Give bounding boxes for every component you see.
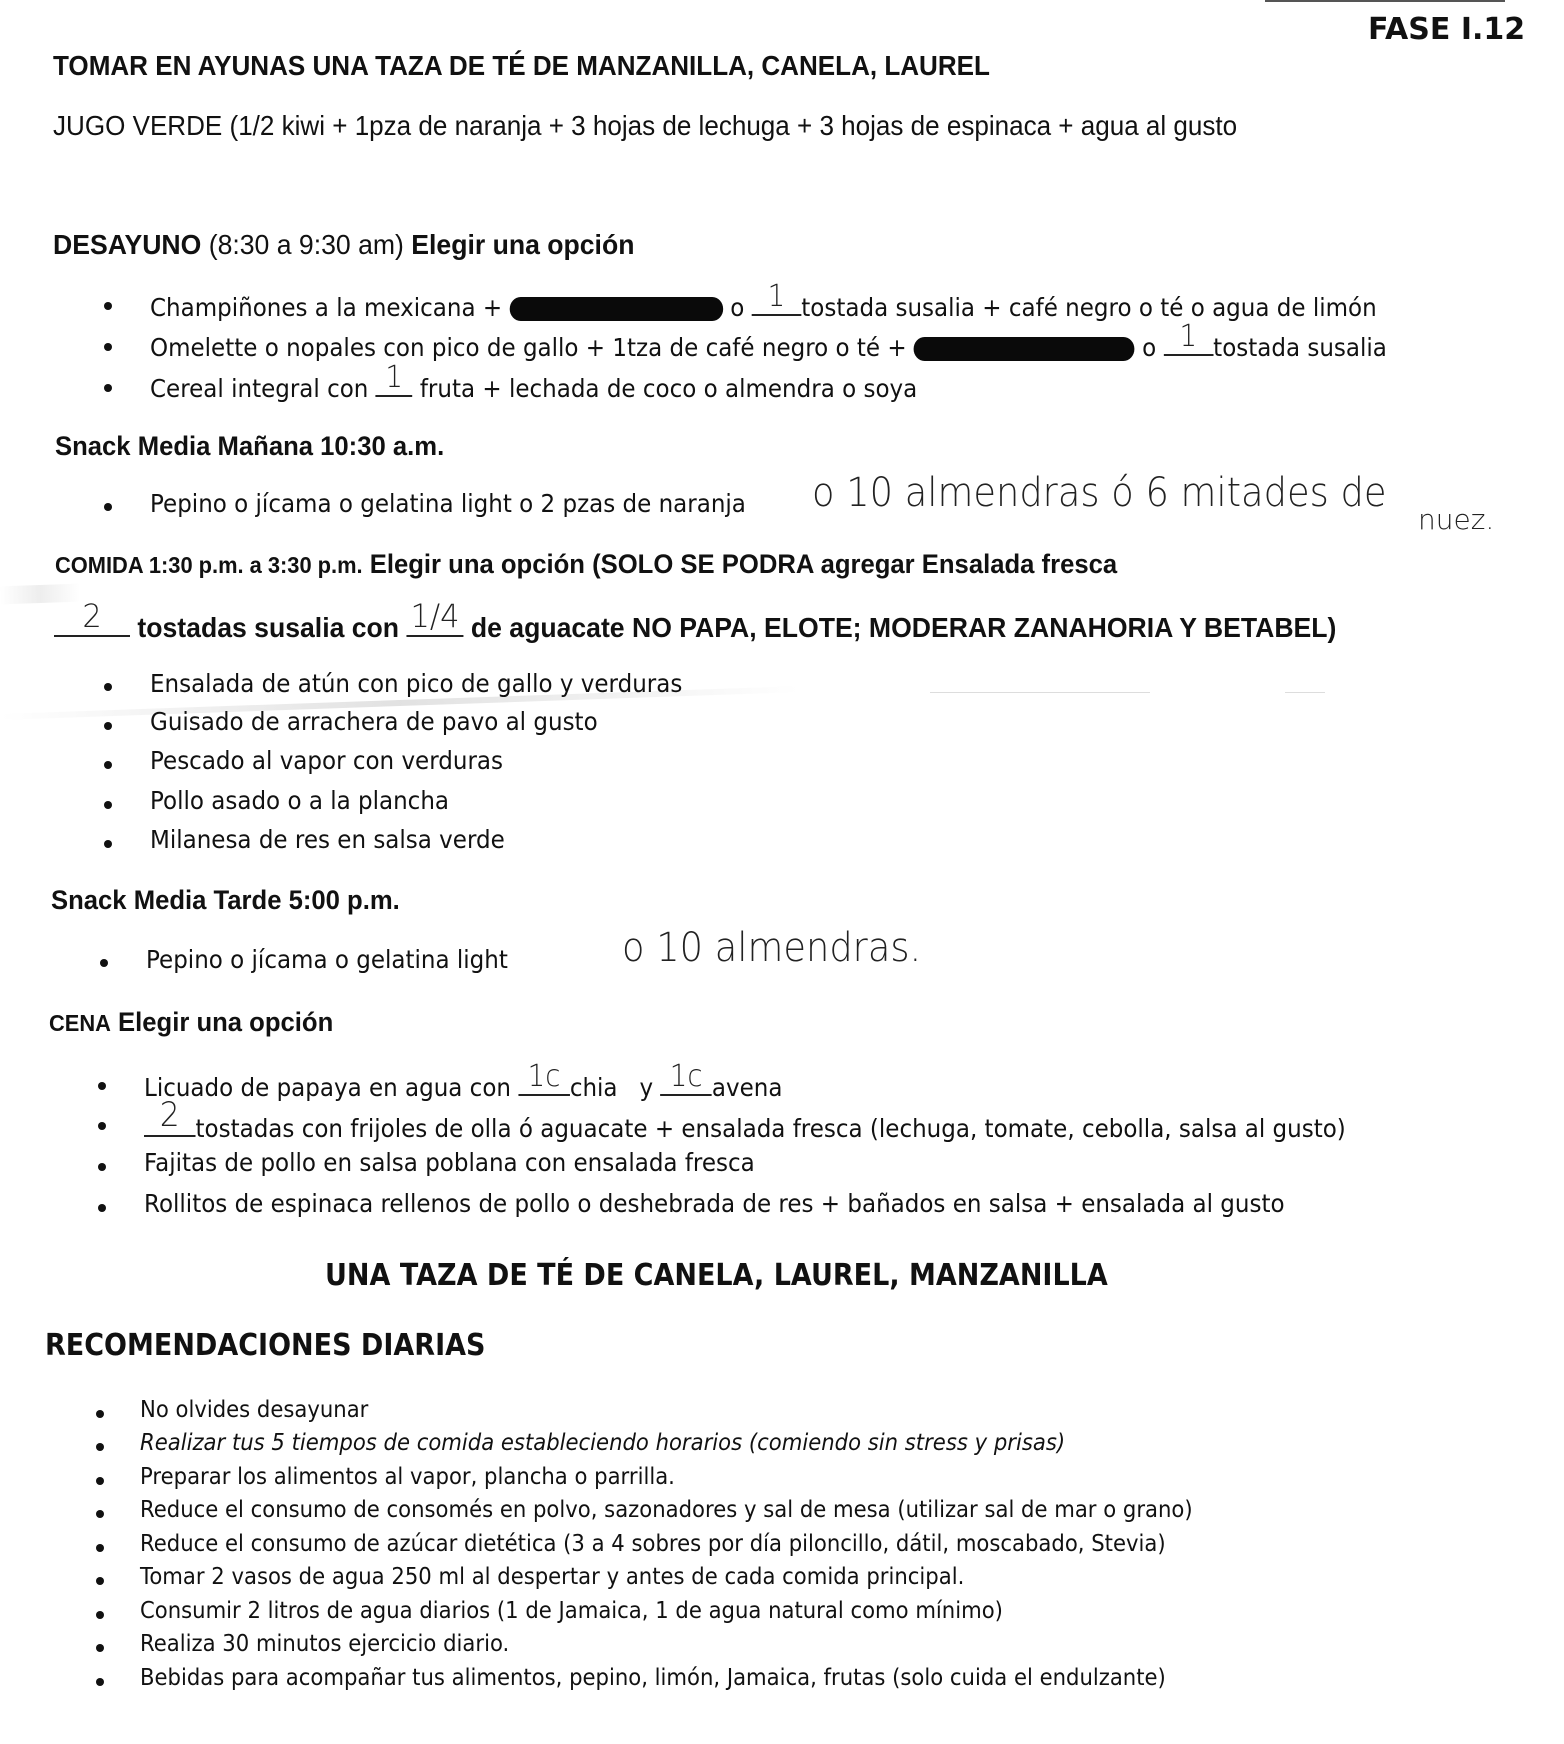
option-text: tostada susalia + café negro o té o agua…: [801, 293, 1376, 322]
option-text: Licuado de papaya en agua con: [144, 1073, 511, 1102]
option-text: avena: [712, 1073, 783, 1102]
option-text: tostadas con frijoles de olla ó aguacate…: [196, 1114, 1346, 1143]
recommendation-item: Tomar 2 vasos de agua 250 ml al desperta…: [140, 1564, 964, 1590]
snack-manana-heading: Snack Media Mañana 10:30 a.m.: [55, 431, 444, 462]
cena-option-3: Fajitas de pollo en salsa poblana con en…: [144, 1148, 755, 1177]
bullet: [98, 1163, 106, 1171]
cena-option-1: Licuado de papaya en agua con 1cchia y 1…: [144, 1068, 782, 1102]
option-text: o: [1142, 333, 1156, 362]
bullet: [104, 503, 112, 511]
recommendation-item: Reduce el consumo de consomés en polvo, …: [140, 1497, 1193, 1523]
handwritten-blank: 1: [1163, 328, 1213, 356]
comida-option-4: Pollo asado o a la plancha: [150, 786, 449, 815]
comida-text: tostadas susalia con: [137, 612, 399, 643]
cena-instruction: Elegir una opción: [118, 1007, 333, 1037]
option-text: Champiñones a la mexicana +: [150, 293, 502, 322]
recommendation-item: Reduce el consumo de azúcar dietética (3…: [140, 1531, 1166, 1557]
cena-option-2: 2tostadas con frijoles de olla ó aguacat…: [144, 1107, 1346, 1143]
bullet: [96, 1678, 104, 1686]
handwritten-blank: 2: [54, 605, 130, 637]
recommendation-item: Preparar los alimentos al vapor, plancha…: [140, 1464, 675, 1490]
handwritten-blank: 1: [376, 369, 413, 397]
desayuno-time: (8:30 a 9:30 am): [209, 229, 404, 260]
comida-option-1: Ensalada de atún con pico de gallo y ver…: [150, 669, 682, 698]
redacted-block: [914, 337, 1135, 361]
green-juice-instruction: JUGO VERDE (1/2 kiwi + 1pza de naranja +…: [53, 110, 1237, 142]
bullet: [98, 1082, 106, 1090]
bullet: [96, 1611, 104, 1619]
handwritten-note-snack-manana: o 10 almendras ó 6 mitades de: [812, 470, 1386, 516]
bullet: [98, 1204, 106, 1212]
bullet: [98, 1122, 106, 1130]
evening-tea-instruction: UNA TAZA DE TÉ DE CANELA, LAUREL, MANZAN…: [325, 1258, 1108, 1293]
bullet: [96, 1644, 104, 1652]
option-text: y: [639, 1073, 653, 1102]
bullet: [104, 343, 112, 351]
fasting-tea-instruction: TOMAR EN AYUNAS UNA TAZA DE TÉ DE MANZAN…: [53, 50, 990, 82]
snack-tarde-heading: Snack Media Tarde 5:00 p.m.: [51, 885, 400, 916]
option-text: Omelette o nopales con pico de gallo + 1…: [150, 333, 907, 362]
bullet: [104, 761, 112, 769]
bullet: [96, 1477, 104, 1485]
scan-artifact-line: [1285, 692, 1325, 693]
bullet: [96, 1510, 104, 1518]
comida-option-5: Milanesa de res en salsa verde: [150, 825, 505, 854]
bullet: [104, 722, 112, 730]
snack-tarde-option: Pepino o jícama o gelatina light: [146, 945, 508, 974]
desayuno-instruction: Elegir una opción: [411, 229, 634, 260]
comida-tostadas-line: 2 tostadas susalia con 1/4 de aguacate N…: [54, 605, 1336, 644]
scan-artifact-line: [930, 692, 1150, 693]
handwritten-blank: 1c: [518, 1068, 570, 1096]
desayuno-option-3: Cereal integral con 1 fruta + lechada de…: [150, 369, 917, 403]
cena-heading: CENA Elegir una opción: [49, 1007, 333, 1038]
bullet: [96, 1443, 104, 1451]
option-text: tostada susalia: [1213, 333, 1387, 362]
handwritten-blank: 2: [144, 1107, 196, 1137]
recommendation-item: Realizar tus 5 tiempos de comida estable…: [140, 1430, 1065, 1456]
handwritten-note-snack-tarde: o 10 almendras.: [622, 925, 921, 971]
desayuno-title: DESAYUNO: [53, 229, 201, 260]
bullet: [100, 959, 108, 967]
snack-manana-option: Pepino o jícama o gelatina light o 2 pza…: [150, 489, 746, 518]
comida-option-2: Guisado de arrachera de pavo al gusto: [150, 707, 598, 736]
bullet: [96, 1410, 104, 1418]
recommendation-item: No olvides desayunar: [140, 1397, 368, 1423]
bullet: [104, 683, 112, 691]
comida-title: COMIDA 1:30 p.m. a 3:30 p.m.: [55, 552, 363, 578]
option-text: chia: [570, 1073, 618, 1102]
desayuno-heading: DESAYUNO (8:30 a 9:30 am) Elegir una opc…: [53, 229, 634, 261]
handwritten-note-snack-manana-line2: nuez.: [1418, 503, 1494, 536]
bullet: [104, 302, 112, 310]
cena-title: CENA: [49, 1010, 111, 1036]
option-text: fruta + lechada de coco o almendra o soy…: [420, 374, 917, 403]
desayuno-option-1: Champiñones a la mexicana + o 1tostada s…: [150, 288, 1377, 322]
option-text: Cereal integral con: [150, 374, 368, 403]
recommendation-item: Bebidas para acompañar tus alimentos, pe…: [140, 1665, 1166, 1691]
redacted-block: [509, 297, 722, 321]
comida-option-3: Pescado al vapor con verduras: [150, 746, 503, 775]
comida-heading: COMIDA 1:30 p.m. a 3:30 p.m. Elegir una …: [55, 549, 1117, 580]
handwritten-blank: 1c: [660, 1068, 712, 1096]
recomendaciones-heading: RECOMENDACIONES DIARIAS: [45, 1328, 485, 1363]
cena-option-4: Rollitos de espinaca rellenos de pollo o…: [144, 1189, 1285, 1218]
handwritten-blank: 1: [752, 288, 802, 316]
bullet: [104, 840, 112, 848]
handwritten-blank: 1/4: [406, 605, 463, 637]
bullet: [104, 801, 112, 809]
bullet: [96, 1577, 104, 1585]
comida-text: de aguacate NO PAPA, ELOTE; MODERAR ZANA…: [471, 612, 1337, 643]
bullet: [104, 384, 112, 392]
recommendation-item: Realiza 30 minutos ejercicio diario.: [140, 1631, 509, 1657]
comida-instruction: Elegir una opción (SOLO SE PODRA agregar…: [370, 549, 1117, 579]
desayuno-option-2: Omelette o nopales con pico de gallo + 1…: [150, 328, 1387, 362]
bullet: [96, 1544, 104, 1552]
phase-label: FASE I.12: [1368, 12, 1525, 47]
top-edge-line: [1265, 0, 1505, 2]
option-text: o: [730, 293, 744, 322]
recommendation-item: Consumir 2 litros de agua diarios (1 de …: [140, 1598, 1003, 1624]
